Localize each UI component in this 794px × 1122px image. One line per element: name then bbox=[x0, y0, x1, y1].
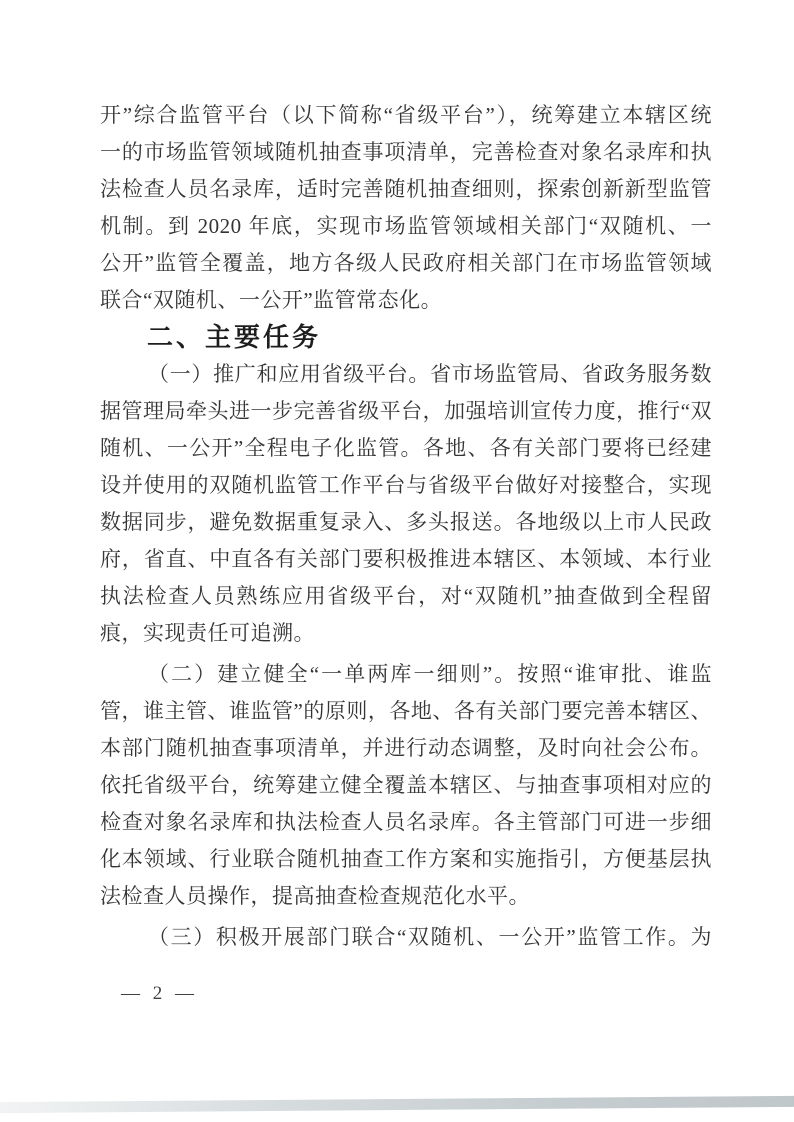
scanned-document-page: 开”综合监管平台（以下简称“省级平台”），统筹建立本辖区统 一的市场监管领域随机… bbox=[0, 0, 794, 1122]
para2-line: 法检查人员操作，提高抽查检查规范化水平。 bbox=[100, 878, 712, 915]
intro-paragraph: 开”综合监管平台（以下简称“省级平台”），统筹建立本辖区统 一的市场监管领域随机… bbox=[100, 97, 712, 319]
para1-line: 痕，实现责任可追溯。 bbox=[100, 615, 712, 652]
para2-line: 化本领域、行业联合随机抽查工作方案和实施指引，方便基层执 bbox=[100, 841, 712, 878]
section-heading: 二、主要任务 bbox=[100, 319, 712, 356]
para2-line: 检查对象名录库和执法检查人员名录库。各主管部门可进一步细 bbox=[100, 804, 712, 841]
para1-line: （一）推广和应用省级平台。省市场监管局、省政务服务数 bbox=[100, 356, 712, 393]
intro-line: 开”综合监管平台（以下简称“省级平台”），统筹建立本辖区统 bbox=[100, 97, 712, 134]
intro-line: 联合“双随机、一公开”监管常态化。 bbox=[100, 282, 712, 319]
intro-line: 机制。到 2020 年底，实现市场监管领域相关部门“双随机、一 bbox=[100, 208, 712, 245]
para2-line: 管，谁主管、谁监管”的原则，各地、各有关部门要完善本辖区、 bbox=[100, 693, 712, 730]
para1-line: 设并使用的双随机监管工作平台与省级平台做好对接整合，实现 bbox=[100, 467, 712, 504]
para2-line: （二）建立健全“一单两库一细则”。按照“谁审批、谁监 bbox=[100, 656, 712, 693]
para2-line: 依托省级平台，统筹建立健全覆盖本辖区、与抽查事项相对应的 bbox=[100, 767, 712, 804]
para1-line: 执法检查人员熟练应用省级平台，对“双随机”抽查做到全程留 bbox=[100, 578, 712, 615]
intro-line: 公开”监管全覆盖，地方各级人民政府相关部门在市场监管领域 bbox=[100, 245, 712, 282]
para1-line: 数据同步，避免数据重复录入、多头报送。各地级以上市人民政 bbox=[100, 504, 712, 541]
paragraph-1: （一）推广和应用省级平台。省市场监管局、省政务服务数 据管理局牵头进一步完善省级… bbox=[100, 356, 712, 652]
para3-line: （三）积极开展部门联合“双随机、一公开”监管工作。为 bbox=[100, 919, 712, 956]
page-number: — 2 — bbox=[121, 983, 198, 1005]
document-body: 开”综合监管平台（以下简称“省级平台”），统筹建立本辖区统 一的市场监管领域随机… bbox=[100, 97, 712, 956]
para2-line: 本部门随机抽查事项清单，并进行动态调整，及时向社会公布。 bbox=[100, 730, 712, 767]
para1-line: 随机、一公开”全程电子化监管。各地、各有关部门要将已经建 bbox=[100, 430, 712, 467]
para1-line: 据管理局牵头进一步完善省级平台，加强培训宣传力度，推行“双 bbox=[100, 393, 712, 430]
scan-shadow-artifact bbox=[0, 1096, 794, 1113]
para1-line: 府，省直、中直各有关部门要积极推进本辖区、本领域、本行业 bbox=[100, 541, 712, 578]
intro-line: 一的市场监管领域随机抽查事项清单，完善检查对象名录库和执 bbox=[100, 134, 712, 171]
intro-line: 法检查人员名录库，适时完善随机抽查细则，探索创新新型监管 bbox=[100, 171, 712, 208]
paragraph-3: （三）积极开展部门联合“双随机、一公开”监管工作。为 bbox=[100, 919, 712, 956]
paragraph-2: （二）建立健全“一单两库一细则”。按照“谁审批、谁监 管，谁主管、谁监管”的原则… bbox=[100, 656, 712, 915]
